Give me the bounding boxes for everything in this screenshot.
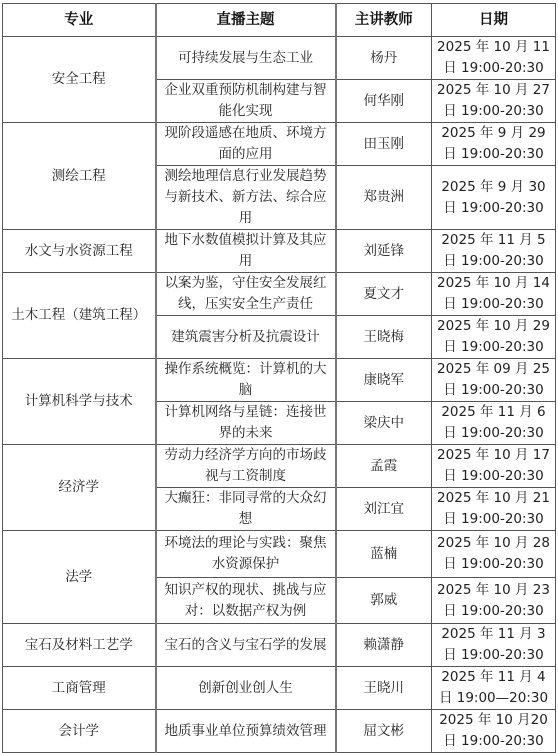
- live-schedule-table: 专业 直播主题 主讲教师 日期 安全工程 可持续发展与生态工业 杨丹 2025 …: [2, 3, 556, 747]
- teacher-cell: 王晓梅: [336, 316, 432, 359]
- date-cell: 2025 年 10 月20日 19:00-20:30: [432, 710, 556, 748]
- topic-cell: 环境法的理论与实践：聚焦水资源保护: [156, 531, 336, 578]
- major-cell: 计算机科学与技术: [3, 359, 156, 445]
- major-cell: 法学: [3, 531, 156, 624]
- topic-cell: 操作系统概览：计算机的大脑: [156, 359, 336, 402]
- date-cell: 2025 年 10 月 17 日 19:00-20:30: [432, 445, 556, 488]
- major-cell: 会计学: [3, 710, 156, 748]
- topic-cell: 可持续发展与生态工业: [156, 37, 336, 80]
- date-cell: 2025 年 10 月 21 日 19:00-20:30: [432, 488, 556, 531]
- table-row: 安全工程 可持续发展与生态工业 杨丹 2025 年 10 月 11 日 19:0…: [3, 37, 556, 80]
- date-cell: 2025 年 11 月 6 日 19:00-20:30: [432, 402, 556, 445]
- date-cell: 2025 年 11 月 4 日 19:00—20:30: [432, 667, 556, 710]
- topic-cell: 测绘地理信息行业发展趋势与新技术、新方法、综合应用: [156, 166, 336, 230]
- teacher-cell: 杨丹: [336, 37, 432, 80]
- table-row: 测绘工程 现阶段遥感在地质、环境方面的应用 田玉刚 2025 年 9 月 29 …: [3, 123, 556, 166]
- date-cell: 2025 年 10 月 27 日 19:00-20:30: [432, 80, 556, 123]
- major-cell: 工商管理: [3, 667, 156, 710]
- date-cell: 2025 年 10 月 28 日 19:00-20:30: [432, 531, 556, 578]
- major-cell: 经济学: [3, 445, 156, 531]
- teacher-cell: 刘延锋: [336, 230, 432, 273]
- major-cell: 安全工程: [3, 37, 156, 123]
- topic-cell: 劳动力经济学方向的市场歧视与工资制度: [156, 445, 336, 488]
- topic-cell: 知识产权的现状、挑战与应对：以数据产权为例: [156, 578, 336, 624]
- date-cell: 2025 年 9 月 30 日 19:00-20:30: [432, 166, 556, 230]
- teacher-cell: 郭威: [336, 578, 432, 624]
- table-row: 水文与水资源工程 地下水数值模拟计算及其应用 刘延锋 2025 年 11 月 5…: [3, 230, 556, 273]
- date-cell: 2025 年 09 月 25 日 19:00-20:30: [432, 359, 556, 402]
- major-cell: 水文与水资源工程: [3, 230, 156, 273]
- table-row: 宝石及材料工艺学 宝石的含义与宝石学的发展 赖潇静 2025 年 11 月 3 …: [3, 624, 556, 667]
- date-cell: 2025 年 10 月 11 日 19:00-20:30: [432, 37, 556, 80]
- teacher-cell: 王晓川: [336, 667, 432, 710]
- major-cell: 测绘工程: [3, 123, 156, 230]
- header-teacher: 主讲教师: [336, 4, 432, 37]
- date-cell: 2025 年 11 月 3 日 19:00-20:30: [432, 624, 556, 667]
- header-date: 日期: [432, 4, 556, 37]
- topic-cell: 建筑震害分析及抗震设计: [156, 316, 336, 359]
- teacher-cell: 何华刚: [336, 80, 432, 123]
- teacher-cell: 田玉刚: [336, 123, 432, 166]
- table-row: 会计学 地质事业单位预算绩效管理 屈文彬 2025 年 10 月20日 19:0…: [3, 710, 556, 748]
- teacher-cell: 孟霞: [336, 445, 432, 488]
- date-cell: 2025 年 11 月 5 日 19:00-20:30: [432, 230, 556, 273]
- topic-cell: 企业双重预防机制构建与智能化实现: [156, 80, 336, 123]
- teacher-cell: 夏文才: [336, 273, 432, 316]
- table-row: 经济学 劳动力经济学方向的市场歧视与工资制度 孟霞 2025 年 10 月 17…: [3, 445, 556, 488]
- table-row: 法学 环境法的理论与实践：聚焦水资源保护 蓝楠 2025 年 10 月 28 日…: [3, 531, 556, 578]
- topic-cell: 计算机网络与星链：连接世界的未来: [156, 402, 336, 445]
- teacher-cell: 蓝楠: [336, 531, 432, 578]
- teacher-cell: 康晓军: [336, 359, 432, 402]
- topic-cell: 现阶段遥感在地质、环境方面的应用: [156, 123, 336, 166]
- major-cell: 宝石及材料工艺学: [3, 624, 156, 667]
- major-cell: 土木工程（建筑工程）: [3, 273, 156, 359]
- topic-cell: 以案为鉴，守住安全发展红线，压实安全生产责任: [156, 273, 336, 316]
- date-cell: 2025 年 9 月 29 日 19:00-20:30: [432, 123, 556, 166]
- topic-cell: 大癫狂：非同寻常的大众幻想: [156, 488, 336, 531]
- teacher-cell: 郑贵洲: [336, 166, 432, 230]
- date-cell: 2025 年 10 月 23 日 19:00-20:30: [432, 578, 556, 624]
- table-row: 计算机科学与技术 操作系统概览：计算机的大脑 康晓军 2025 年 09 月 2…: [3, 359, 556, 402]
- teacher-cell: 屈文彬: [336, 710, 432, 748]
- table-row: 工商管理 创新创业创人生 王晓川 2025 年 11 月 4 日 19:00—2…: [3, 667, 556, 710]
- topic-cell: 创新创业创人生: [156, 667, 336, 710]
- teacher-cell: 刘江宜: [336, 488, 432, 531]
- teacher-cell: 梁庆中: [336, 402, 432, 445]
- header-major: 专业: [3, 4, 156, 37]
- topic-cell: 地质事业单位预算绩效管理: [156, 710, 336, 748]
- header-topic: 直播主题: [156, 4, 336, 37]
- topic-cell: 宝石的含义与宝石学的发展: [156, 624, 336, 667]
- topic-cell: 地下水数值模拟计算及其应用: [156, 230, 336, 273]
- table-row: 土木工程（建筑工程） 以案为鉴，守住安全发展红线，压实安全生产责任 夏文才 20…: [3, 273, 556, 316]
- date-cell: 2025 年 10 月 14 日 19:00-20:30: [432, 273, 556, 316]
- header-row: 专业 直播主题 主讲教师 日期: [3, 4, 556, 37]
- date-cell: 2025 年 10 月 29 日 19:00-20:30: [432, 316, 556, 359]
- teacher-cell: 赖潇静: [336, 624, 432, 667]
